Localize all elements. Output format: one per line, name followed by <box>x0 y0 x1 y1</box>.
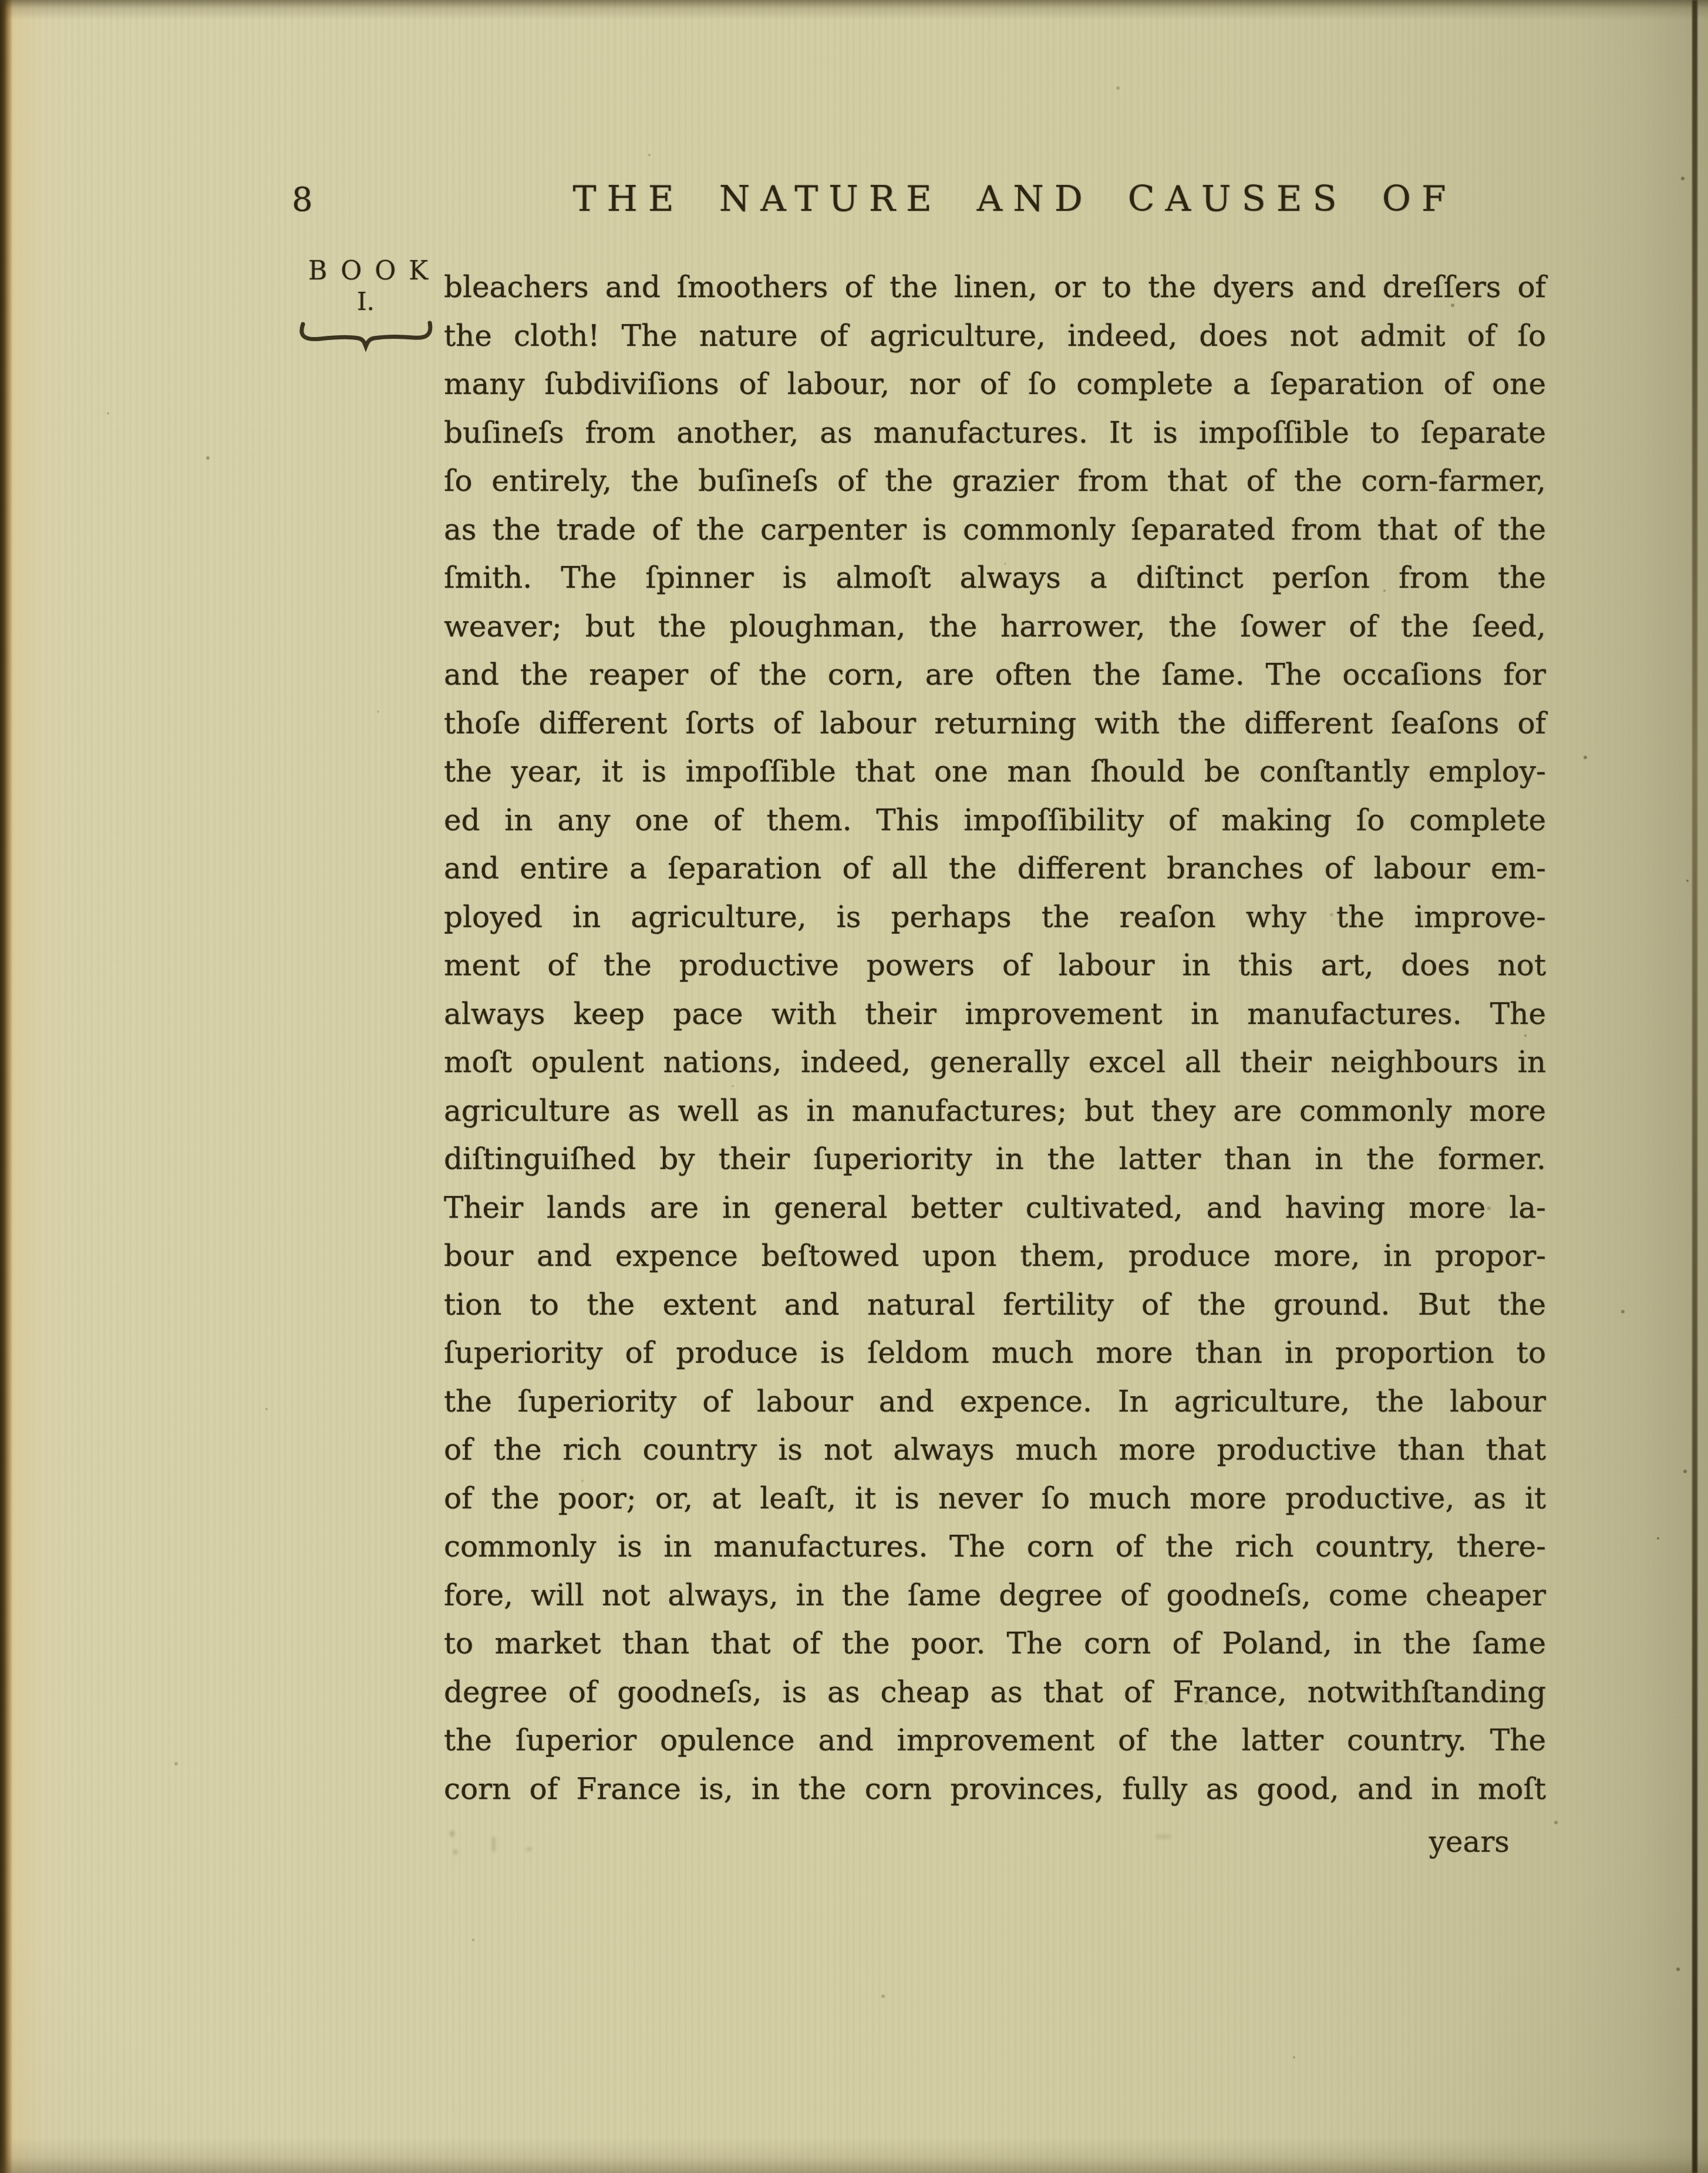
text-line: ed in any one of them. This impoſſibilit… <box>444 796 1546 845</box>
brace-ornament-icon <box>297 321 435 352</box>
ink-smudge <box>492 1837 496 1852</box>
text-line: of the poor; or, at leaſt, it is never ſ… <box>444 1474 1546 1523</box>
text-line: to market than that of the poor. The cor… <box>444 1619 1546 1668</box>
margin-note-book: BOOK I. <box>295 256 436 352</box>
body-text-block: bleachers and ſmoothers of the linen, or… <box>444 263 1546 1813</box>
ink-smudge <box>450 1831 454 1837</box>
text-line: tion to the extent and natural fertility… <box>444 1281 1546 1329</box>
text-line: weaver; but the ploughman, the harrower,… <box>444 602 1546 651</box>
text-line: corn of France is, in the corn provinces… <box>444 1765 1546 1814</box>
catchword: years <box>444 1825 1510 1859</box>
text-line: ment of the productive powers of labour … <box>444 941 1546 990</box>
text-line: Their lands are in general better cultiv… <box>444 1184 1546 1232</box>
running-header: THE NATURE AND CAUSES OF <box>572 178 1456 220</box>
text-line: the cloth! The nature of agriculture, in… <box>444 312 1546 361</box>
paper-specks <box>0 0 2 2</box>
text-line: fore, will not always, in the ſame degre… <box>444 1571 1546 1620</box>
text-line: bleachers and ſmoothers of the linen, or… <box>444 263 1546 312</box>
text-line: ſmith. The ſpinner is almoſt always a di… <box>444 554 1546 602</box>
text-line: ſo entirely, the buſineſs of the grazier… <box>444 457 1546 506</box>
scanned-book-page: 8 THE NATURE AND CAUSES OF BOOK I. bleac… <box>0 0 1708 2173</box>
text-line: commonly is in manufactures. The corn of… <box>444 1522 1546 1571</box>
text-line: ployed in agriculture, is perhaps the re… <box>444 893 1546 942</box>
text-line: bour and expence beſtowed upon them, pro… <box>444 1232 1546 1281</box>
text-line: diſtinguiſhed by their ſuperiority in th… <box>444 1135 1546 1184</box>
text-line: the year, it is impoſſible that one man … <box>444 747 1546 796</box>
text-line: moſt opulent nations, indeed, generally … <box>444 1038 1546 1087</box>
text-line: as the trade of the carpenter is commonl… <box>444 506 1546 554</box>
text-line: of the rich country is not always much m… <box>444 1426 1546 1474</box>
page-edge-line <box>1692 0 1697 2173</box>
ink-smudge <box>526 1847 532 1851</box>
text-line: many ſubdiviſions of labour, nor of ſo c… <box>444 360 1546 409</box>
text-line: thoſe different ſorts of labour returnin… <box>444 699 1546 748</box>
text-line: and entire a ſeparation of all the diffe… <box>444 844 1546 893</box>
margin-book-label: BOOK <box>295 256 436 286</box>
text-line: the ſuperiority of labour and expence. I… <box>444 1377 1546 1426</box>
ink-smudge <box>1155 1834 1171 1839</box>
text-line: and the reaper of the corn, are often th… <box>444 651 1546 699</box>
text-line: ſuperiority of produce is ſeldom much mo… <box>444 1329 1546 1377</box>
text-line: always keep pace with their improvement … <box>444 990 1546 1039</box>
ink-smudge <box>453 1849 457 1855</box>
text-line: the ſuperior opulence and improvement of… <box>444 1716 1546 1765</box>
text-line: buſineſs from another, as manufactures. … <box>444 409 1546 457</box>
margin-book-numeral: I. <box>295 287 436 316</box>
page-number: 8 <box>292 181 313 219</box>
text-line: agriculture as well as in manufactures; … <box>444 1087 1546 1136</box>
text-line: degree of goodneſs, is as cheap as that … <box>444 1668 1546 1717</box>
